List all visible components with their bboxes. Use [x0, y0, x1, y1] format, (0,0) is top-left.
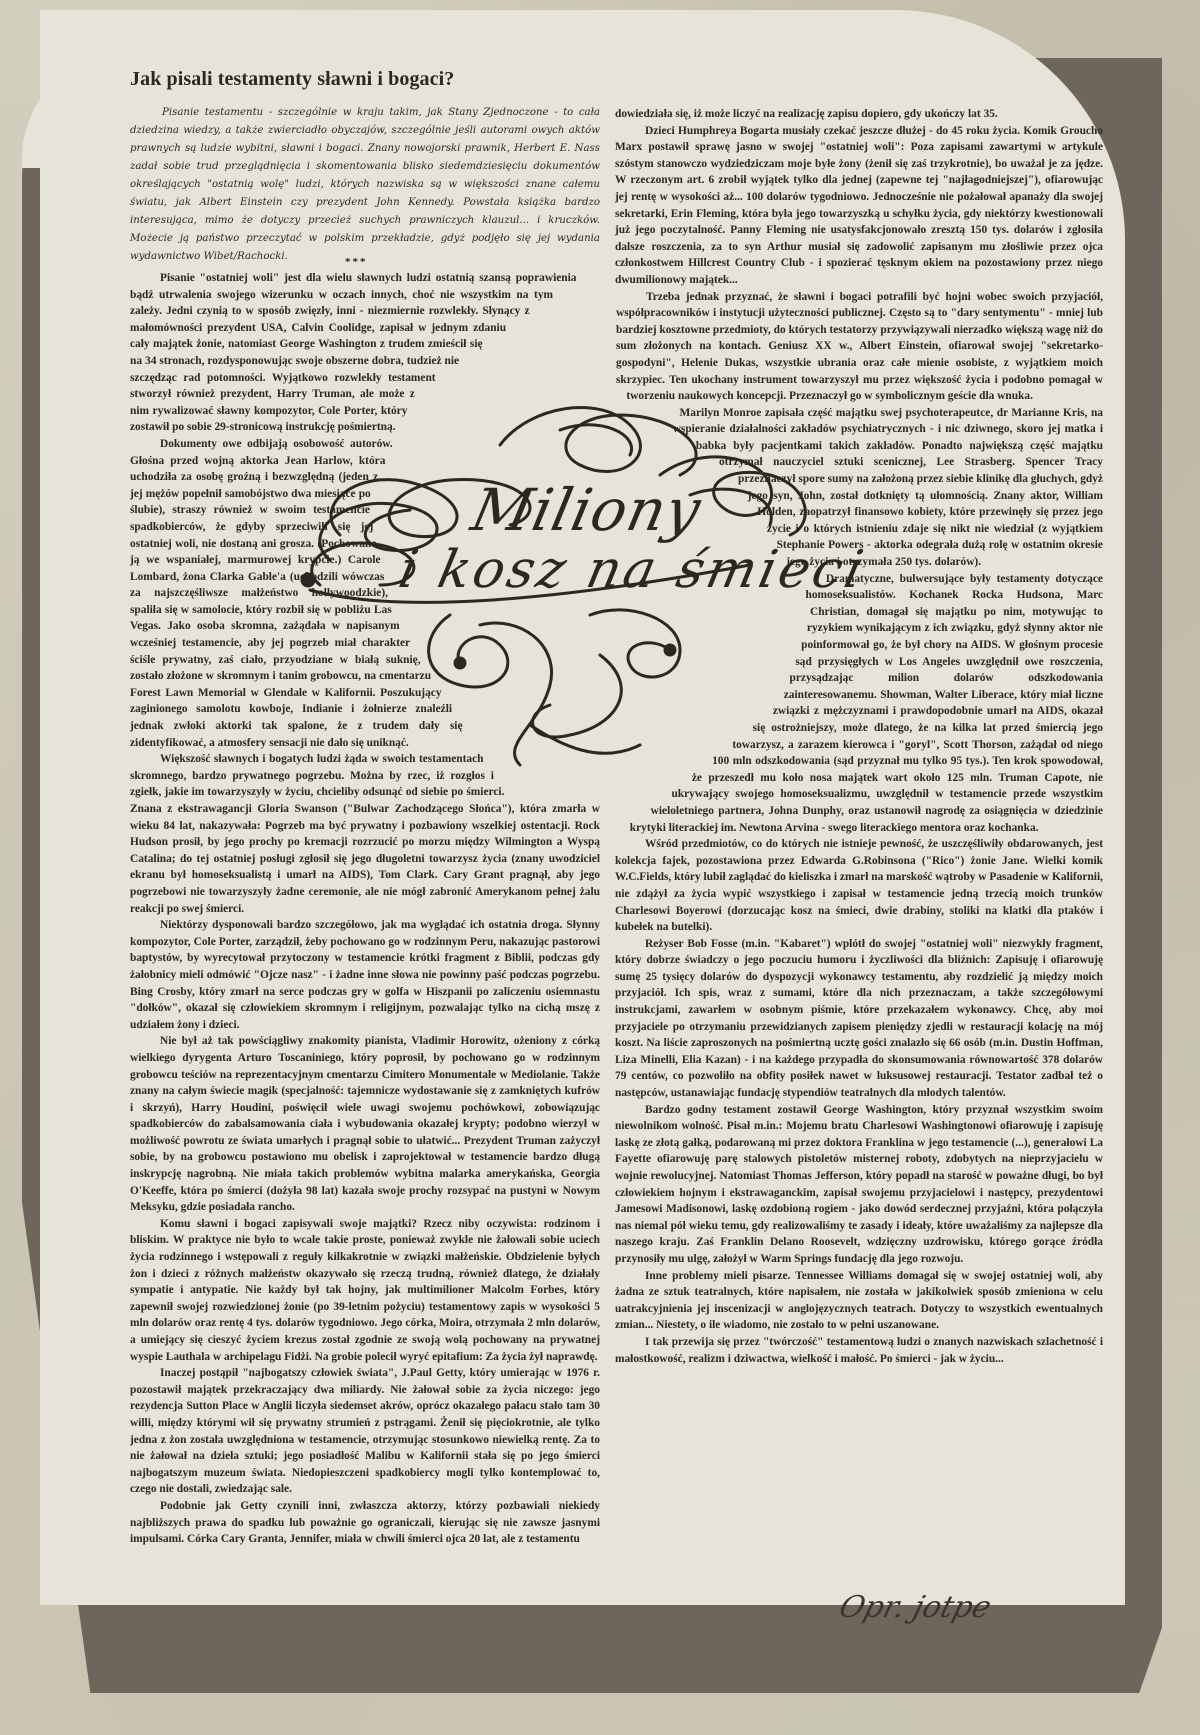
decorative-title-line1: Miliony	[466, 476, 708, 544]
paragraph: Inne problemy mieli pisarze. Tennessee W…	[615, 1268, 1103, 1334]
paragraph: Nie był aż tak powściągliwy znakomity pi…	[130, 1033, 600, 1216]
paragraph: I tak przewija się przez "twórczość" tes…	[615, 1334, 1103, 1367]
left-column: Pisanie "ostatniej woli" jest dla wielu …	[130, 270, 600, 1548]
paragraph: Wśród przedmiotów, co do których nie ist…	[615, 836, 1103, 936]
paragraph: Niektórzy dysponowali bardzo szczegółowo…	[130, 917, 600, 1033]
paragraph: Podobnie jak Getty czynili inni, zwłaszc…	[130, 1498, 600, 1548]
paragraph: Dzieci Humphreya Bogarta musiały czekać …	[615, 123, 1103, 289]
paragraph: Inaczej postąpił "najbogatszy człowiek ś…	[130, 1365, 600, 1498]
right-column: dowiedziała się, iż może liczyć na reali…	[615, 106, 1103, 1367]
paragraph: Bardzo godny testament zostawił George W…	[615, 1102, 1103, 1268]
article-title: Jak pisali testamenty sławni i bogaci?	[130, 68, 454, 91]
section-separator: ***	[345, 256, 368, 268]
decorative-title-line2: i kosz na śmieci	[394, 540, 872, 600]
paragraph: dowiedziała się, iż może liczyć na reali…	[615, 106, 1103, 123]
paragraph: Reżyser Bob Fosse (m.in. "Kabaret") wpló…	[615, 936, 1103, 1102]
article-lead: Pisanie testamentu - szczególnie w kraju…	[130, 104, 600, 266]
author-signature: Opr. jotpe	[835, 1590, 995, 1625]
paragraph: Trzeba jednak przyznać, że sławni i boga…	[615, 289, 1103, 405]
paragraph: Komu sławni i bogaci zapisywali swoje ma…	[130, 1216, 600, 1365]
